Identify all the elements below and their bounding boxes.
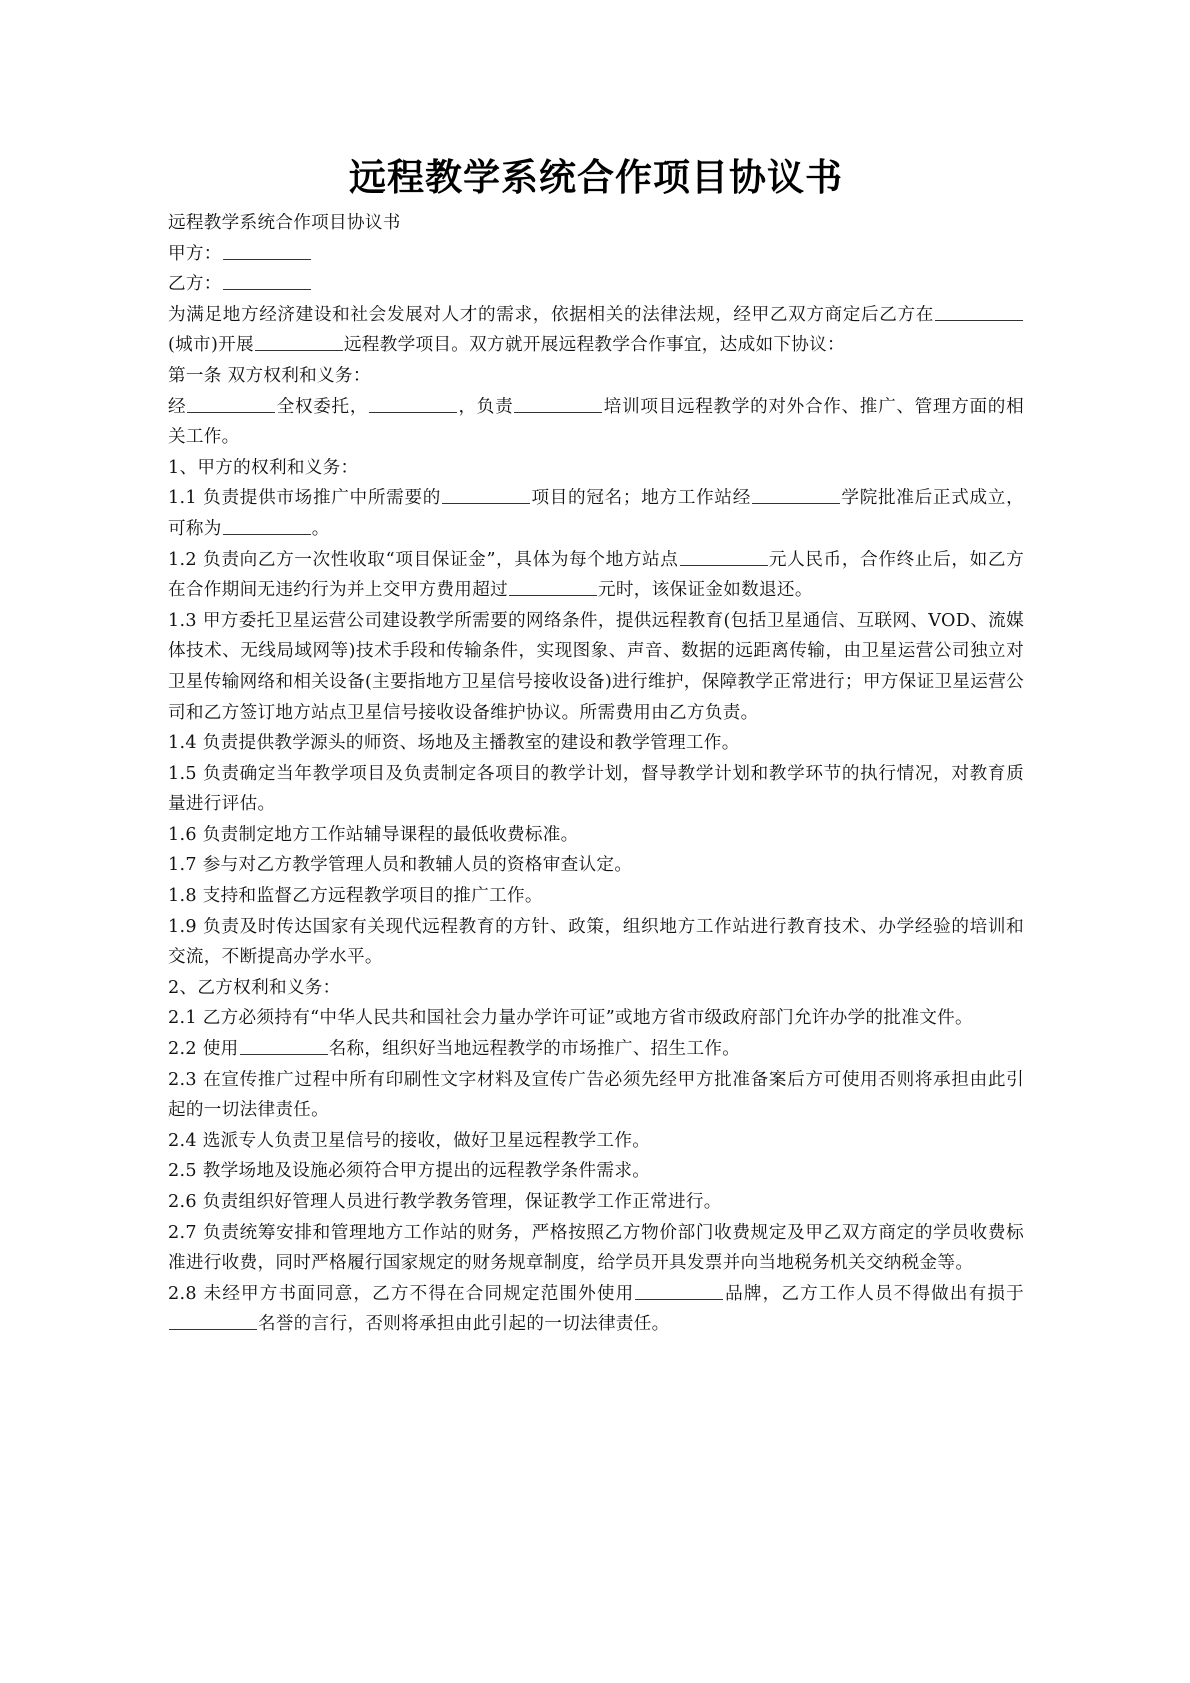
project-blank[interactable]	[255, 334, 343, 351]
clause-1-5: 1.5 负责确定当年教学项目及负责制定各项目的教学计划，督导教学计划和教学环节的…	[168, 759, 1024, 820]
clause-1-6: 1.6 负责制定地方工作站辅导课程的最低收费标准。	[168, 820, 1024, 851]
clause-1-2-text-3: 元时，该保证金如数退还。	[598, 580, 813, 600]
party-b-label: 乙方：	[168, 274, 222, 294]
intro-text-1: 为满足地方经济建设和社会发展对人才的需求，依据相关的法律法规，经甲乙双方商定后乙…	[168, 305, 934, 325]
clause-1-4: 1.4 负责提供教学源头的师资、场地及主播教室的建设和教学管理工作。	[168, 728, 1024, 759]
clause-1-1-text-4: 。	[312, 519, 330, 539]
party-a-label: 甲方：	[168, 244, 222, 264]
clause-1-1-text-1: 1.1 负责提供市场推广中所需要的	[168, 488, 441, 508]
party-a-line: 甲方：	[168, 239, 1024, 270]
article-1-heading: 第一条 双方权利和义务：	[168, 361, 1024, 392]
clause-1-1-text-2: 项目的冠名；地方工作站经	[531, 488, 751, 508]
clause-2-3: 2.3 在宣传推广过程中所有印刷性文字材料及宣传广告必须先经甲方批准备案后方可使…	[168, 1065, 1024, 1126]
clause-1-7: 1.7 参与对乙方教学管理人员和教辅人员的资格审查认定。	[168, 850, 1024, 881]
article-1-text-1: 经	[168, 397, 186, 417]
document-page: 远程教学系统合作项目协议书 远程教学系统合作项目协议书 甲方： 乙方： 为满足地…	[168, 148, 1024, 1340]
section-1-heading: 1、甲方的权利和义务：	[168, 453, 1024, 484]
clause-2-8-text-1: 2.8 未经甲方书面同意，乙方不得在合同规定范围外使用	[168, 1284, 634, 1304]
intro-paragraph: 为满足地方经济建设和社会发展对人才的需求，依据相关的法律法规，经甲乙双方商定后乙…	[168, 300, 1024, 361]
clause-1-1: 1.1 负责提供市场推广中所需要的项目的冠名；地方工作站经学院批准后正式成立，可…	[168, 483, 1024, 544]
party-b-line: 乙方：	[168, 269, 1024, 300]
party-b-blank[interactable]	[223, 273, 311, 290]
clause-2-2-text-2: 名称，组织好当地远程教学的市场推广、招生工作。	[329, 1039, 741, 1059]
clause-2-2-text-1: 2.2 使用	[168, 1039, 239, 1059]
city-blank[interactable]	[935, 304, 1023, 321]
college-blank[interactable]	[752, 487, 840, 504]
clause-2-5: 2.5 教学场地及设施必须符合甲方提出的远程教学条件需求。	[168, 1156, 1024, 1187]
clause-2-8-text-3: 名誉的言行，否则将承担由此引起的一切法律责任。	[258, 1314, 670, 1334]
reputation-blank[interactable]	[169, 1313, 257, 1330]
name-usage-blank[interactable]	[240, 1038, 328, 1055]
fee-threshold-blank[interactable]	[509, 579, 597, 596]
clause-2-8-text-2: 品牌，乙方工作人员不得做出有损于	[724, 1284, 1024, 1304]
clause-2-4: 2.4 选派专人负责卫星信号的接收，做好卫星远程教学工作。	[168, 1126, 1024, 1157]
clause-1-9: 1.9 负责及时传达国家有关现代远程教育的方针、政策，组织地方工作站进行教育技术…	[168, 912, 1024, 973]
article-1-text-3: ，负责	[458, 397, 513, 417]
intro-text-2: (城市)开展	[168, 335, 254, 355]
clause-2-1: 2.1 乙方必须持有“中华人民共和国社会力量办学许可证”或地方省市级政府部门允许…	[168, 1003, 1024, 1034]
clause-1-2: 1.2 负责向乙方一次性收取“项目保证金”，具体为每个地方站点元人民币，合作终止…	[168, 545, 1024, 606]
training-project-blank[interactable]	[514, 396, 602, 413]
authorizer-blank[interactable]	[187, 396, 275, 413]
article-1-text-2: 全权委托，	[276, 397, 368, 417]
intro-text-3: 远程教学项目。双方就开展远程教学合作事宜，达成如下协议：	[344, 335, 845, 355]
deposit-amount-blank[interactable]	[680, 549, 768, 566]
document-title: 远程教学系统合作项目协议书	[168, 148, 1024, 208]
document-subtitle: 远程教学系统合作项目协议书	[168, 208, 1024, 239]
clause-1-8: 1.8 支持和监督乙方远程教学项目的推广工作。	[168, 881, 1024, 912]
document-body: 远程教学系统合作项目协议书 甲方： 乙方： 为满足地方经济建设和社会发展对人才的…	[168, 208, 1024, 1340]
clause-2-2: 2.2 使用名称，组织好当地远程教学的市场推广、招生工作。	[168, 1034, 1024, 1065]
clause-2-8: 2.8 未经甲方书面同意，乙方不得在合同规定范围外使用品牌，乙方工作人员不得做出…	[168, 1279, 1024, 1340]
clause-1-3: 1.3 甲方委托卫星运营公司建设教学所需要的网络条件，提供远程教育(包括卫星通信…	[168, 606, 1024, 728]
clause-2-7: 2.7 负责统筹安排和管理地方工作站的财务，严格按照乙方物价部门收费规定及甲乙双…	[168, 1218, 1024, 1279]
brand-blank[interactable]	[635, 1283, 723, 1300]
authorized-blank[interactable]	[369, 396, 457, 413]
clause-1-2-text-1: 1.2 负责向乙方一次性收取“项目保证金”，具体为每个地方站点	[168, 550, 679, 570]
station-name-blank[interactable]	[223, 518, 311, 535]
article-1-intro: 经全权委托，，负责培训项目远程教学的对外合作、推广、管理方面的相关工作。	[168, 392, 1024, 453]
party-a-blank[interactable]	[223, 243, 311, 260]
naming-project-blank[interactable]	[442, 487, 530, 504]
section-2-heading: 2、乙方权利和义务：	[168, 973, 1024, 1004]
clause-2-6: 2.6 负责组织好管理人员进行教学教务管理，保证教学工作正常进行。	[168, 1187, 1024, 1218]
